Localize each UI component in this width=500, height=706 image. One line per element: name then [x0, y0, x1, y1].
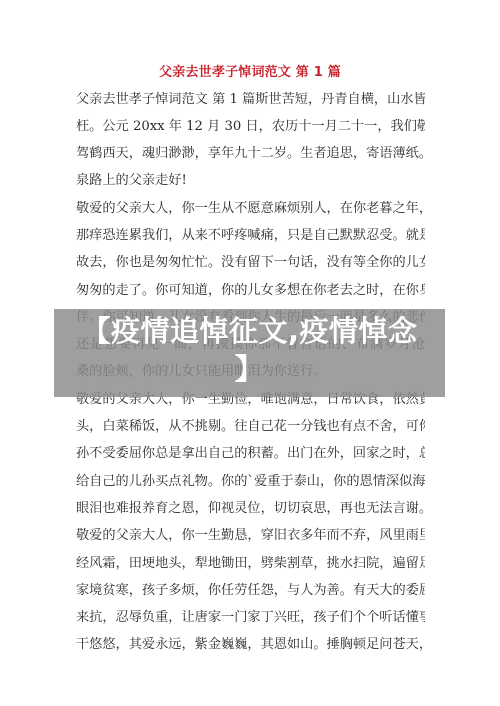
document-page: 父亲去世孝子悼词范文 第 1 篇 父亲去世孝子悼词范文 第 1 篇斯世苦短，丹青…: [0, 0, 500, 706]
text-line: 驾鹤西天，魂归渺渺，享年九十二岁。生者追思，寄语薄纸。愿黄: [76, 140, 425, 167]
text-line: 干悠悠，其爱永远，紫金巍巍，其恩如山。捶胸顿足问苍天，去匆: [76, 631, 425, 658]
overlay-title: 【疫情追悼征文,疫情悼念 】: [54, 312, 445, 388]
text-line: 故去，你也是匆匆忙忙。没有留下一句话，没有等全你的儿女，就: [76, 249, 425, 276]
text-line: 眼泪也难报养育之恩，仰视灵位，切切哀思，再也无法言谢。: [76, 495, 425, 522]
text-line: 敬爱的父亲大人，你一生从不愿意麻烦别人，在你老暮之年，这疼: [76, 195, 425, 222]
text-line: 敬爱的父亲大人，你一生勤恳，穿旧衣多年而不弃，风里雨里，饱: [76, 522, 425, 549]
text-line: 匆匆的走了。你可知道，你的儿女多想在你老去之时，在你身旁陪: [76, 277, 425, 304]
text-line: 孙不受委屈你总是拿出自己的积蓄。出门在外，回家之时，总不忘: [76, 440, 425, 467]
text-line: 泉路上的父亲走好!: [76, 167, 425, 194]
text-line: 来抗，忍辱负重，让唐家一门家丁兴旺，孩子们个个听话懂事。桑: [76, 604, 425, 631]
text-line: 父亲去世孝子悼词范文 第 1 篇斯世苦短，丹青自横，山水皆成虚: [76, 86, 425, 113]
text-line: 给自己的儿孙买点礼物。你的`爱重于泰山，你的恩情深似海。万千: [76, 468, 425, 495]
text-line: 经风霜，田埂地头，犁地锄田，劈柴割草，挑水扫院，遍留足迹。: [76, 550, 425, 577]
text-line: 家境贫寒，孩子多烦，你任劳任怨，与人为善。有天大的委屈自己: [76, 577, 425, 604]
text-line: 那痒恐连累我们，从来不呼疼喊痛，只是自己默默忍受。就是西天: [76, 222, 425, 249]
document-title: 父亲去世孝子悼词范文 第 1 篇: [0, 64, 500, 82]
text-line: 枉。公元 20xx 年 12 月 30 日，农历十一月二十一，我们敬爱的老人: [76, 113, 425, 140]
overlay-title-line-2: 】: [54, 350, 445, 388]
text-line: 头，白菜稀饭，从不挑剔。往自己花一分钱也有点不舍，可你为儿: [76, 413, 425, 440]
overlay-title-line-1: 【疫情追悼征文,疫情悼念: [54, 312, 445, 350]
